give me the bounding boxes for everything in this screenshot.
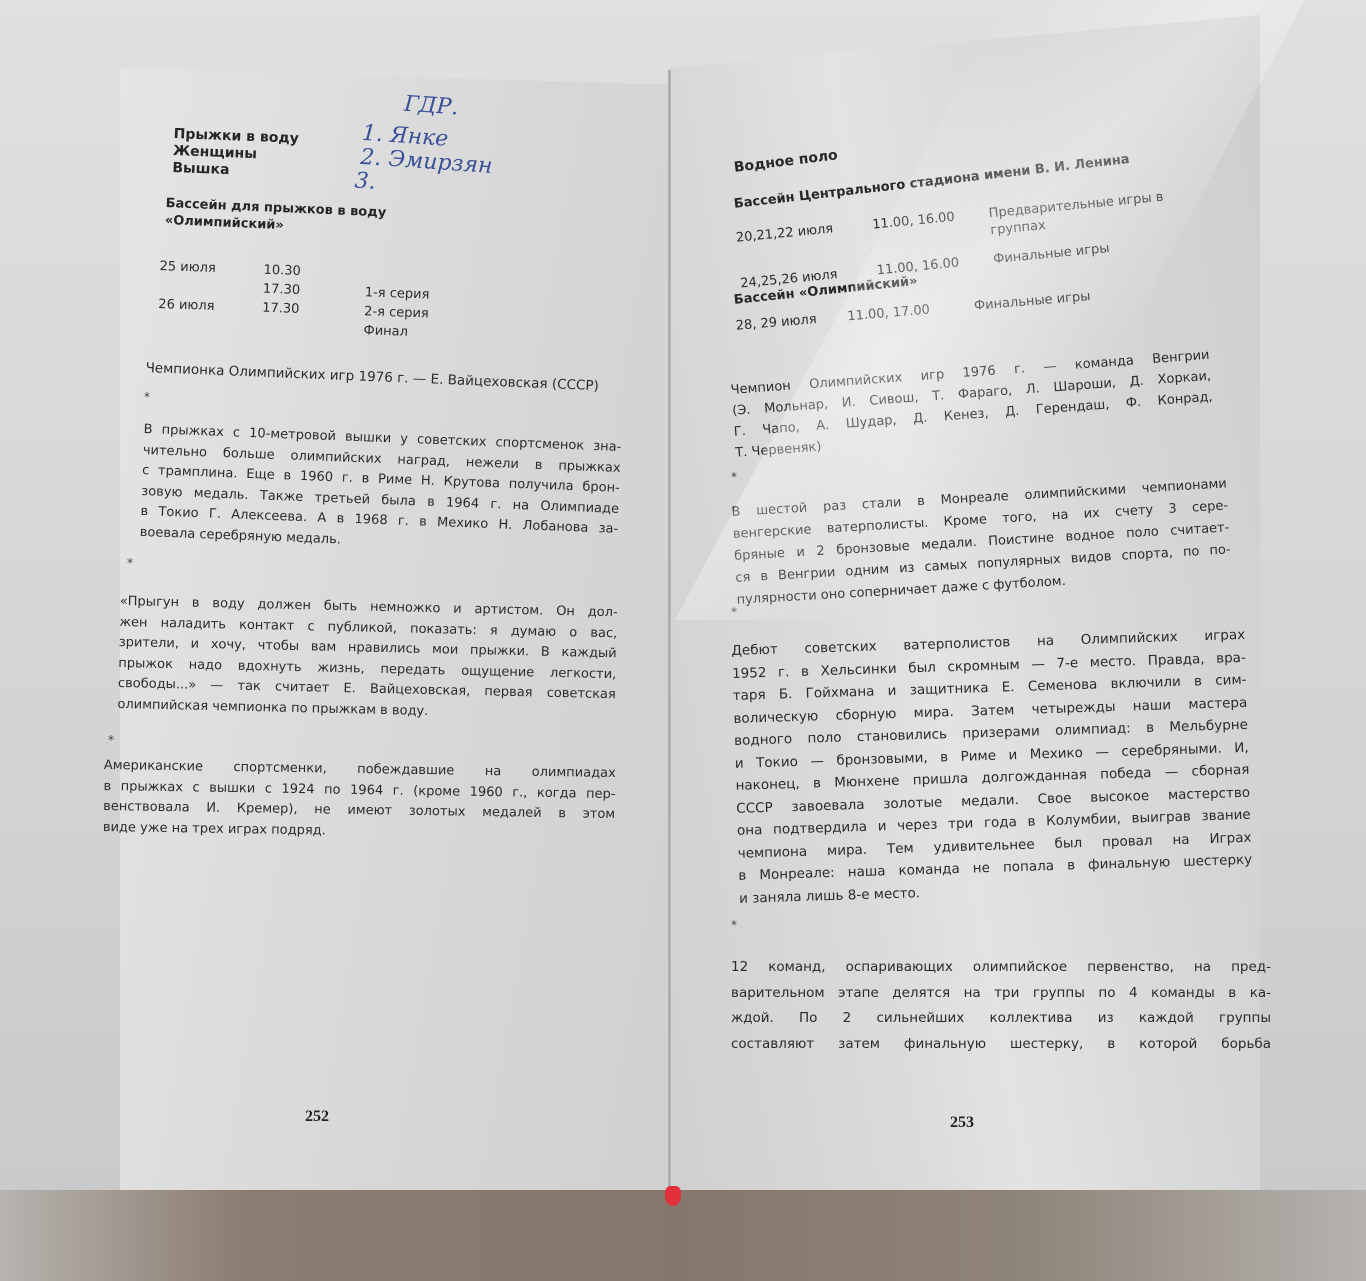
separator-star: *	[144, 390, 150, 404]
left-schedule: 25 июля10.3017.301-я серия26 июля17.302-…	[155, 256, 488, 345]
schedule-date	[159, 277, 262, 298]
page-number-left: 252	[305, 1108, 329, 1126]
handwritten-note: ГДР. 1. Янке 2. Эмирзян 3.	[388, 92, 497, 203]
schedule-event: 2-я серия	[364, 303, 485, 324]
separator-star: *	[731, 918, 737, 932]
separator-star: *	[108, 733, 114, 747]
right-paragraph-2: Дебют советских ватерполистов на Олимпий…	[731, 624, 1253, 910]
left-paragraph-2: «Прыгун в воду должен быть немножко и ар…	[117, 592, 618, 726]
separator-star: *	[731, 470, 737, 484]
schedule-event	[365, 265, 486, 286]
left-paragraph-3: Американские спортсменки, побеждавшие на…	[103, 756, 616, 846]
separator-star: *	[127, 556, 133, 570]
schedule-date: 25 июля	[159, 258, 262, 279]
schedule-date: 26 июля	[158, 296, 261, 317]
text-line: составляют затем финальную шестерку, в к…	[731, 1032, 1271, 1058]
schedule-event: Финал	[363, 322, 484, 343]
schedule-table: 25 июля10.3017.301-я серия26 июля17.302-…	[155, 256, 488, 345]
book-spine	[668, 70, 671, 1195]
schedule-time: 17.30	[262, 300, 363, 320]
text-line: ждой. По 2 сильнейших коллектива из кажд…	[731, 1006, 1271, 1032]
table-surface	[0, 1190, 1366, 1281]
text-line: 12 команд, оспаривающих олимпийское перв…	[731, 955, 1271, 981]
schedule-time: 17.30	[263, 281, 364, 301]
left-paragraph-1: В прыжках с 10-метровой вышки у советски…	[139, 420, 621, 561]
schedule-time	[261, 319, 362, 339]
note-line: ГДР.	[403, 93, 497, 123]
right-paragraph-3: 12 команд, оспаривающих олимпийское перв…	[731, 955, 1271, 1057]
separator-star: *	[731, 605, 737, 619]
schedule-event: 1-я серия	[365, 284, 486, 305]
left-heading: Прыжки в воду Женщины Вышка	[172, 126, 299, 182]
bookmark-ribbon	[665, 1186, 681, 1206]
page-number-right: 253	[950, 1114, 974, 1132]
schedule-date	[157, 315, 260, 336]
text-line: варительном этапе делятся на три группы …	[731, 981, 1271, 1007]
schedule-time: 10.30	[263, 262, 364, 282]
